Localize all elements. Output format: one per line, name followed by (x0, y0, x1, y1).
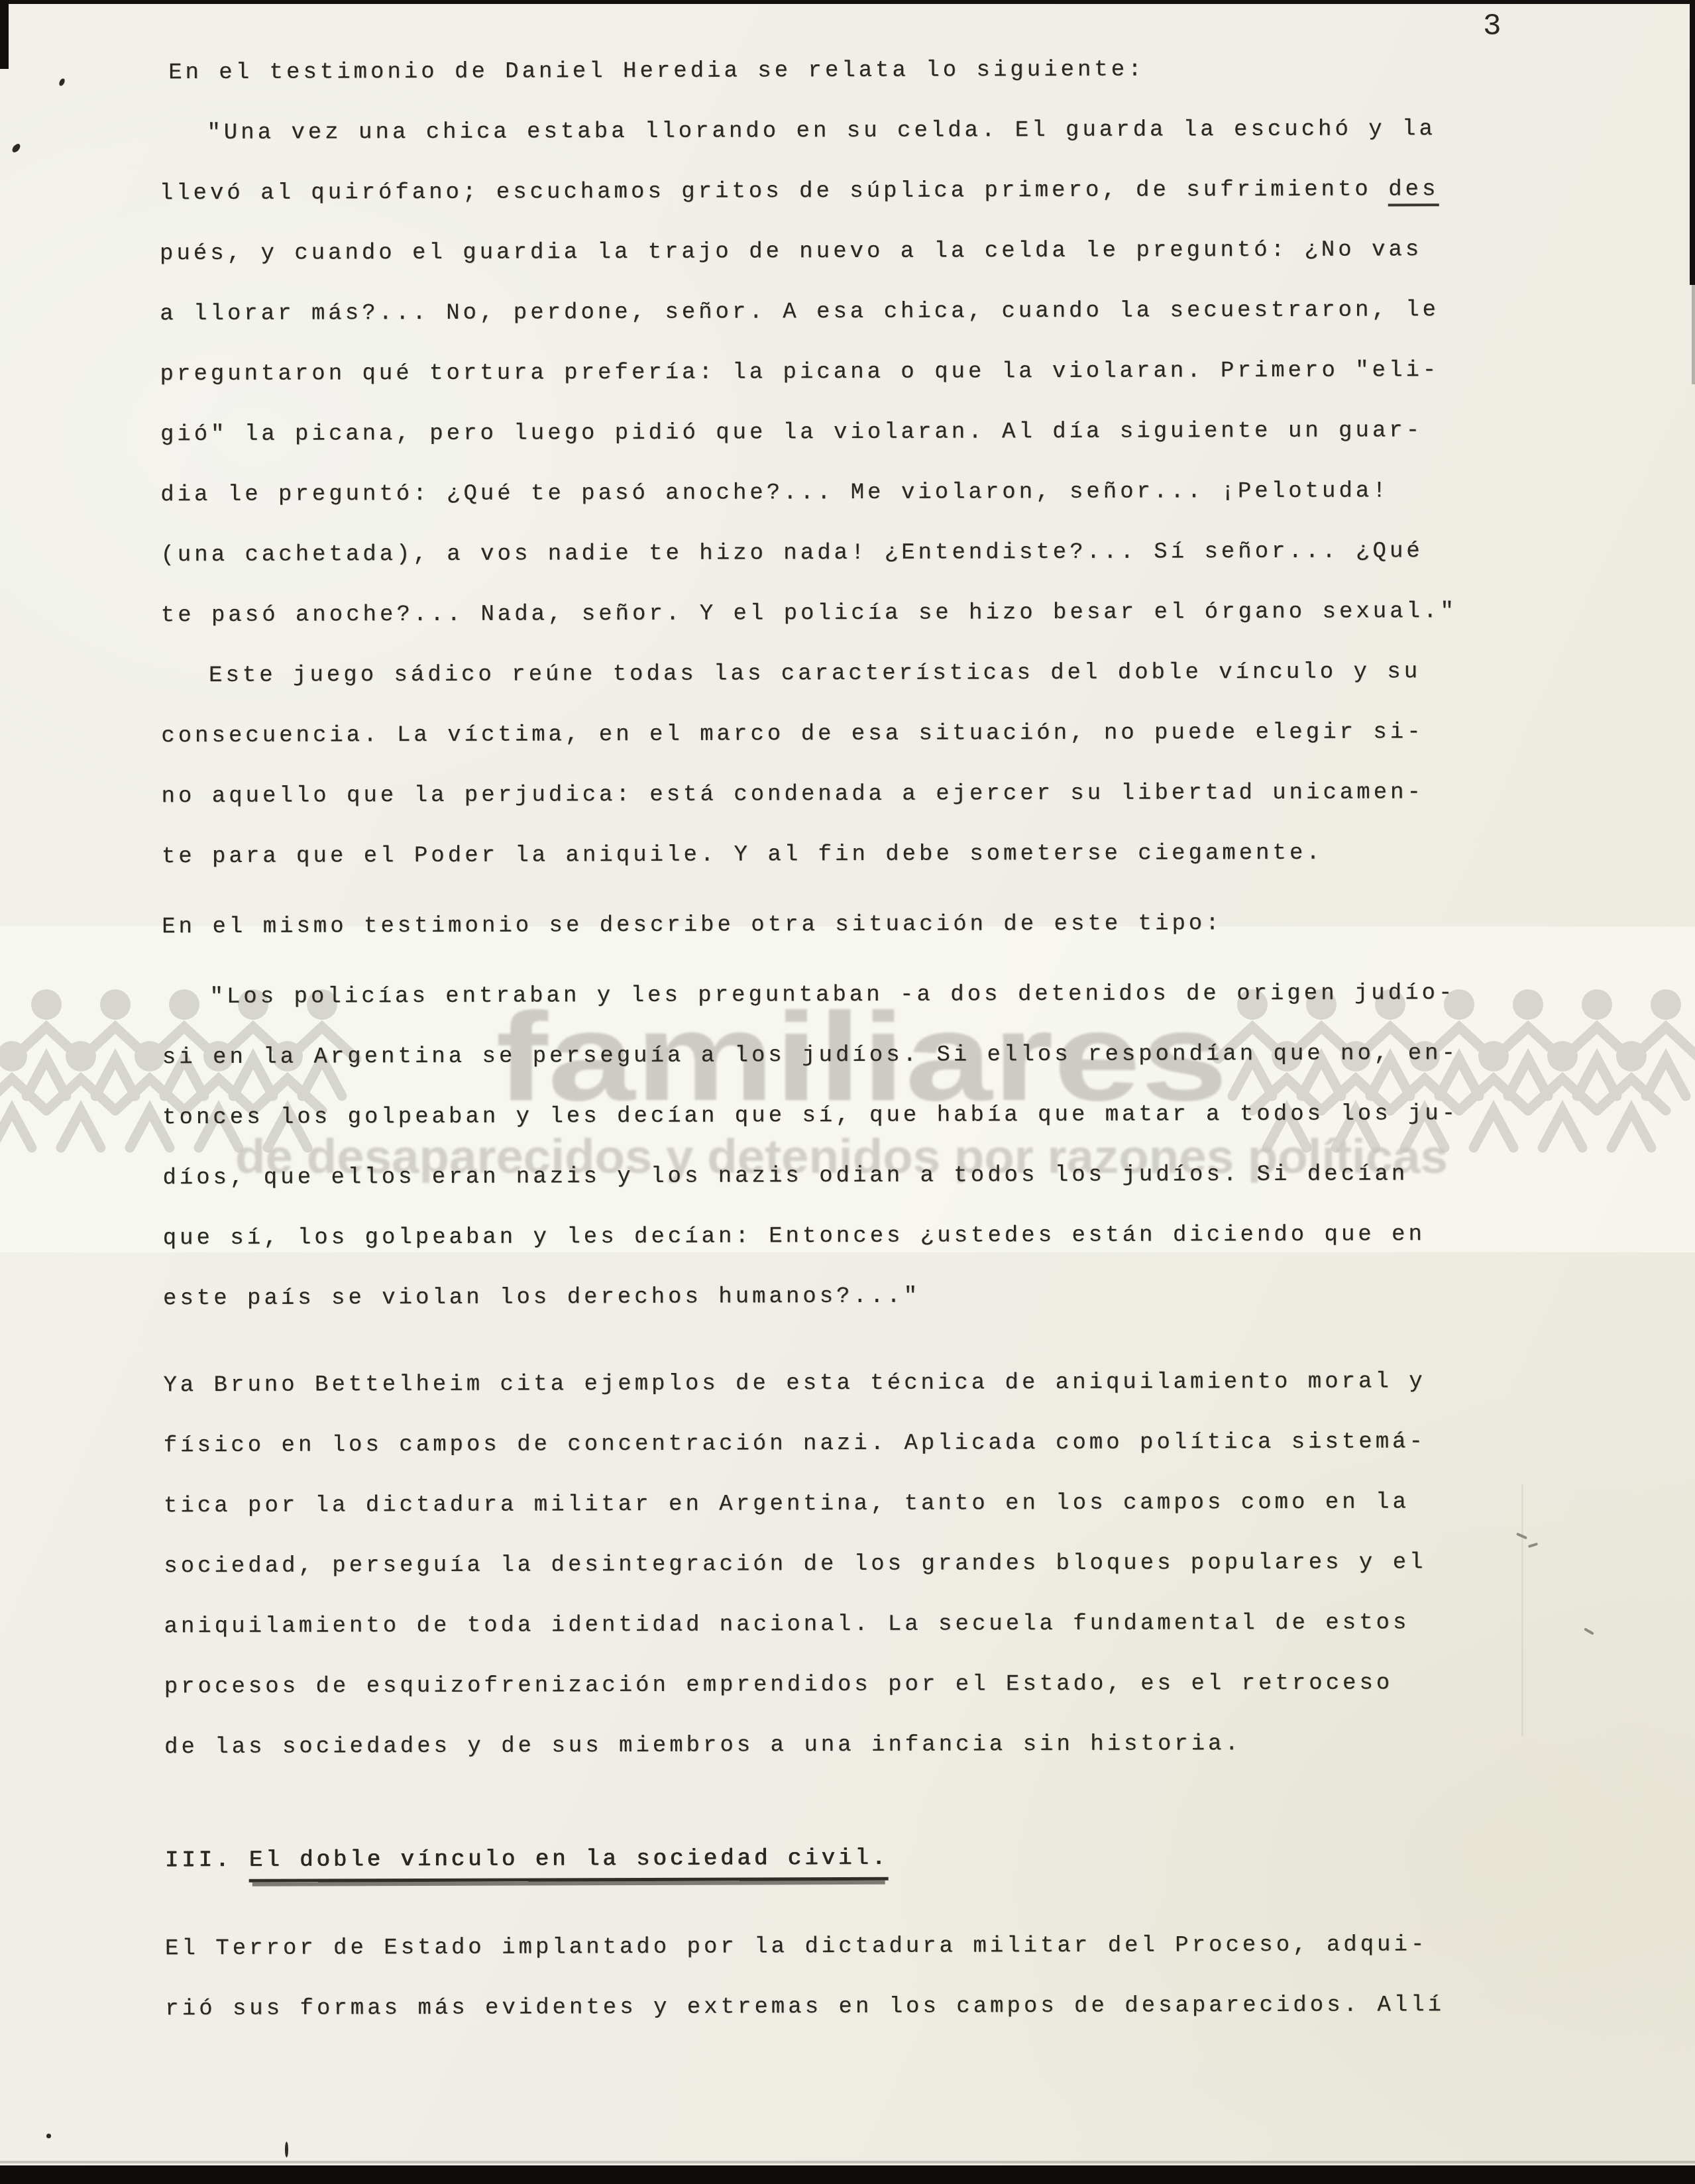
typed-text-block: En el testimonio de Daniel Heredia se re… (0, 38, 1695, 2040)
text-line: consecuencia. La víctima, en el marco de… (161, 702, 1695, 767)
scan-edge-bottom (0, 2165, 1695, 2184)
text-line: "Una vez una chica estaba llorando en su… (159, 99, 1695, 164)
heading-number: III. (165, 1848, 249, 1873)
ink-speck (46, 2134, 51, 2138)
text-line: díos, que ellos eran nazis y los nazis o… (162, 1144, 1695, 1209)
scan-edge-top (0, 0, 1695, 4)
scan-edge-bottom-shadow (0, 2161, 1695, 2163)
underlined-syllable: des (1388, 177, 1439, 206)
text-line: te pasó anoche?... Nada, señor. Y el pol… (161, 581, 1695, 646)
text-line: no aquello que la perjudica: está conden… (161, 762, 1695, 827)
text-line: rió sus formas más evidentes y extremas … (165, 1975, 1695, 2040)
text-line: Ya Bruno Bettelheim cita ejemplos de est… (163, 1351, 1695, 1416)
text-line: aniquilamiento de toda identidad naciona… (164, 1592, 1695, 1657)
text-line: pués, y cuando el guardia la trajo de nu… (160, 219, 1695, 284)
text-line: que sí, los golpeaban y les decían: Ento… (163, 1204, 1695, 1269)
text-line: te para que el Poder la aniquile. Y al f… (162, 822, 1695, 887)
text-line: este país se violan los derechos humanos… (163, 1264, 1695, 1329)
scanned-typewritten-page: familiares de desaparecidos y detenidos … (0, 0, 1695, 2184)
text-line: En el testimonio de Daniel Heredia se re… (159, 38, 1695, 103)
text-line: procesos de esquizofrenización emprendid… (164, 1653, 1695, 1718)
text-line: físico en los campos de concentración na… (164, 1411, 1695, 1476)
text-line: El Terror de Estado implantado por la di… (165, 1914, 1695, 1979)
text-line: a llorar más?... No, perdone, señor. A e… (160, 280, 1695, 345)
text-line: "Los policías entraban y les preguntaban… (162, 963, 1695, 1028)
text-line: llevó al quirófano; escuchamos gritos de… (160, 159, 1695, 224)
text-line: gió" la picana, pero luego pidió que la … (160, 400, 1695, 465)
text-line: (una cachetada), a vos nadie te hizo nad… (160, 521, 1695, 586)
text-line: Este juego sádico reúne todas las caract… (161, 641, 1695, 706)
text-line: tonces los golpeaban y les decían que sí… (162, 1083, 1695, 1148)
heading-underlined-text: El doble vínculo en la sociedad civil. (249, 1846, 889, 1883)
text-line: si en la Argentina se perseguía a los ju… (162, 1023, 1695, 1088)
text-line: sociedad, perseguía la desintegración de… (164, 1532, 1695, 1597)
section-heading: III. El doble vínculo en la sociedad civ… (164, 1826, 1695, 1891)
ink-speck (285, 2142, 288, 2157)
text-line: tica por la dictadura militar en Argenti… (164, 1472, 1695, 1537)
text-line: dia le preguntó: ¿Qué te pasó anoche?...… (160, 461, 1695, 525)
text-line: preguntaron qué tortura prefería: la pic… (160, 340, 1695, 405)
text-line: de las sociedades y de sus miembros a un… (164, 1713, 1695, 1778)
text-line: En el mismo testimonio se describe otra … (162, 893, 1695, 957)
